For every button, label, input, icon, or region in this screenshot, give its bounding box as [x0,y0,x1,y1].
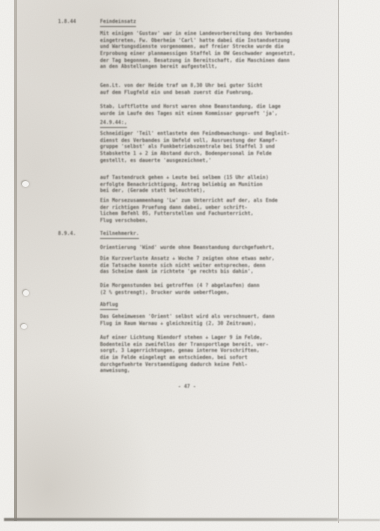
paper-edge-right [338,0,339,523]
text-line: das Scheine dank im richtete 'ge rechts … [100,269,326,276]
text-line: Flug verschoben, [100,218,326,225]
section-number: 8.9.4. [58,231,76,237]
text-line: durchgefuehrte Verstaendigung dadurch ke… [100,362,326,369]
text-line: gestellt, es dauerte 'ausgezeichnet,' [100,158,326,165]
subheading-text: Abflug [100,302,118,310]
text-line: der richtigen Pruefung dann dabei, ueber… [100,205,326,212]
text-line: Schneidiger 'Teil' entlastete den Feindb… [100,131,326,138]
text-line: Gen.Lt. von der Heide traf um 8,30 Uhr b… [100,83,326,90]
text-line: der Tag begonnen, Besatzung in Bereitsch… [100,58,326,65]
paragraph: Mit einigen 'Gustav' war in eine Landevo… [100,31,326,71]
text-line: auf Tastendruck gehen + Leute bei selbem… [100,175,326,182]
text-line: die Tatsache konnte sich nicht weiter en… [100,263,326,270]
section-title: Feindeinsatz [100,19,136,27]
paragraph: auf Tastendruck gehen + Leute bei selbem… [100,175,326,195]
text-line: bei der, (Gerade statt beleuchtet), [100,188,326,195]
text-line: eingetreten, Fw. Oberheim 'Carl' hatte d… [100,38,326,45]
text-line: sorgt, 3 Lagerrichtungen, genau interne … [100,348,326,355]
text-line: Mit einigen 'Gustav' war in eine Landevo… [100,31,326,38]
paragraph: Das Geheimwesen 'Orient' selbst wird als… [100,314,326,327]
text-line: Auf einer Lichtung Niendorf stehen + Lag… [100,335,326,342]
paper-edge-bottom-shadow [338,519,380,521]
text-line: an den Abstellungen bereit aufgestellt, [100,64,326,71]
text-line: anweisung, [100,368,326,375]
text-line: und Wartungsdienste vorgenommen, auf fre… [100,44,326,51]
paragraph: Stab, Luftflotte und Horst waren ohne Be… [100,104,326,117]
paragraph: Gen.Lt. von der Heide traf um 8,30 Uhr b… [100,83,326,96]
paragraph: Die Morgenstunden bei getroffen (4 ? abg… [100,283,326,296]
paragraph: Die Kurzverluste Ansatz + Woche 7 zeigte… [100,256,326,276]
text-line: Die Morgenstunden bei getroffen (4 ? abg… [100,283,326,290]
text-line: Stab, Luftflotte und Horst waren ohne Be… [100,104,326,111]
section-number: 1.8.44 [58,19,76,25]
text-line: Bodenteile ein zweifellos der Transportl… [100,342,326,349]
text-line: Die Kurzverluste Ansatz + Woche 7 zeigte… [100,256,326,263]
paragraph: Ein Morsezusammenhang 'Lw' zum Unterrich… [100,198,326,225]
page-number: - 47 - [157,384,217,390]
paragraph: Auf einer Lichtung Niendorf stehen + Lag… [100,335,326,375]
paragraph: Schneidiger 'Teil' entlastete den Feindb… [100,131,326,164]
text-line: Orientierung 'Wind' wurde ohne Beanstand… [100,245,326,252]
text-line: erfolgte Benachrichtigung, Antrag belieb… [100,182,326,189]
scanned-document: 1.8.44FeindeinsatzMit einigen 'Gustav' w… [0,0,380,531]
text-line: dienst des Verbandes im Umfeld voll, Aus… [100,138,326,145]
text-line: lichem Befehl 05, Futterstellen und Fach… [100,211,326,218]
subheading-text: 24.9.44:, [100,120,127,128]
text-line: die im Felde eingelegt am entschieden, b… [100,355,326,362]
text-line: gruppe 'selbst' als Funkbetriebszentrale… [100,144,326,151]
text-line: Stabskette 1 + 2 im Abstand durch, Boden… [100,151,326,158]
text-line: Ein Morsezusammenhang 'Lw' zum Unterrich… [100,198,326,205]
text-line: Erprobung einer planmaessigen Staffel im… [100,51,326,58]
page-content: 1.8.44FeindeinsatzMit einigen 'Gustav' w… [16,0,338,519]
text-line: Das Geheimwesen 'Orient' selbst wird als… [100,314,326,321]
text-line: auf dem Flugfeld ein und besah zuerst di… [100,90,326,97]
text-line: (2 % gestrengt), Drucker wurde ueberflog… [100,290,326,297]
section-title: Teilnehmerkr. [100,231,139,239]
text-line: wurde im Laufe des Tages mit einem Kommi… [100,111,326,118]
text-line: Flug im Raum Warnau + gleichzeitig (2, 3… [100,321,326,328]
paragraph: Orientierung 'Wind' wurde ohne Beanstand… [100,245,326,252]
